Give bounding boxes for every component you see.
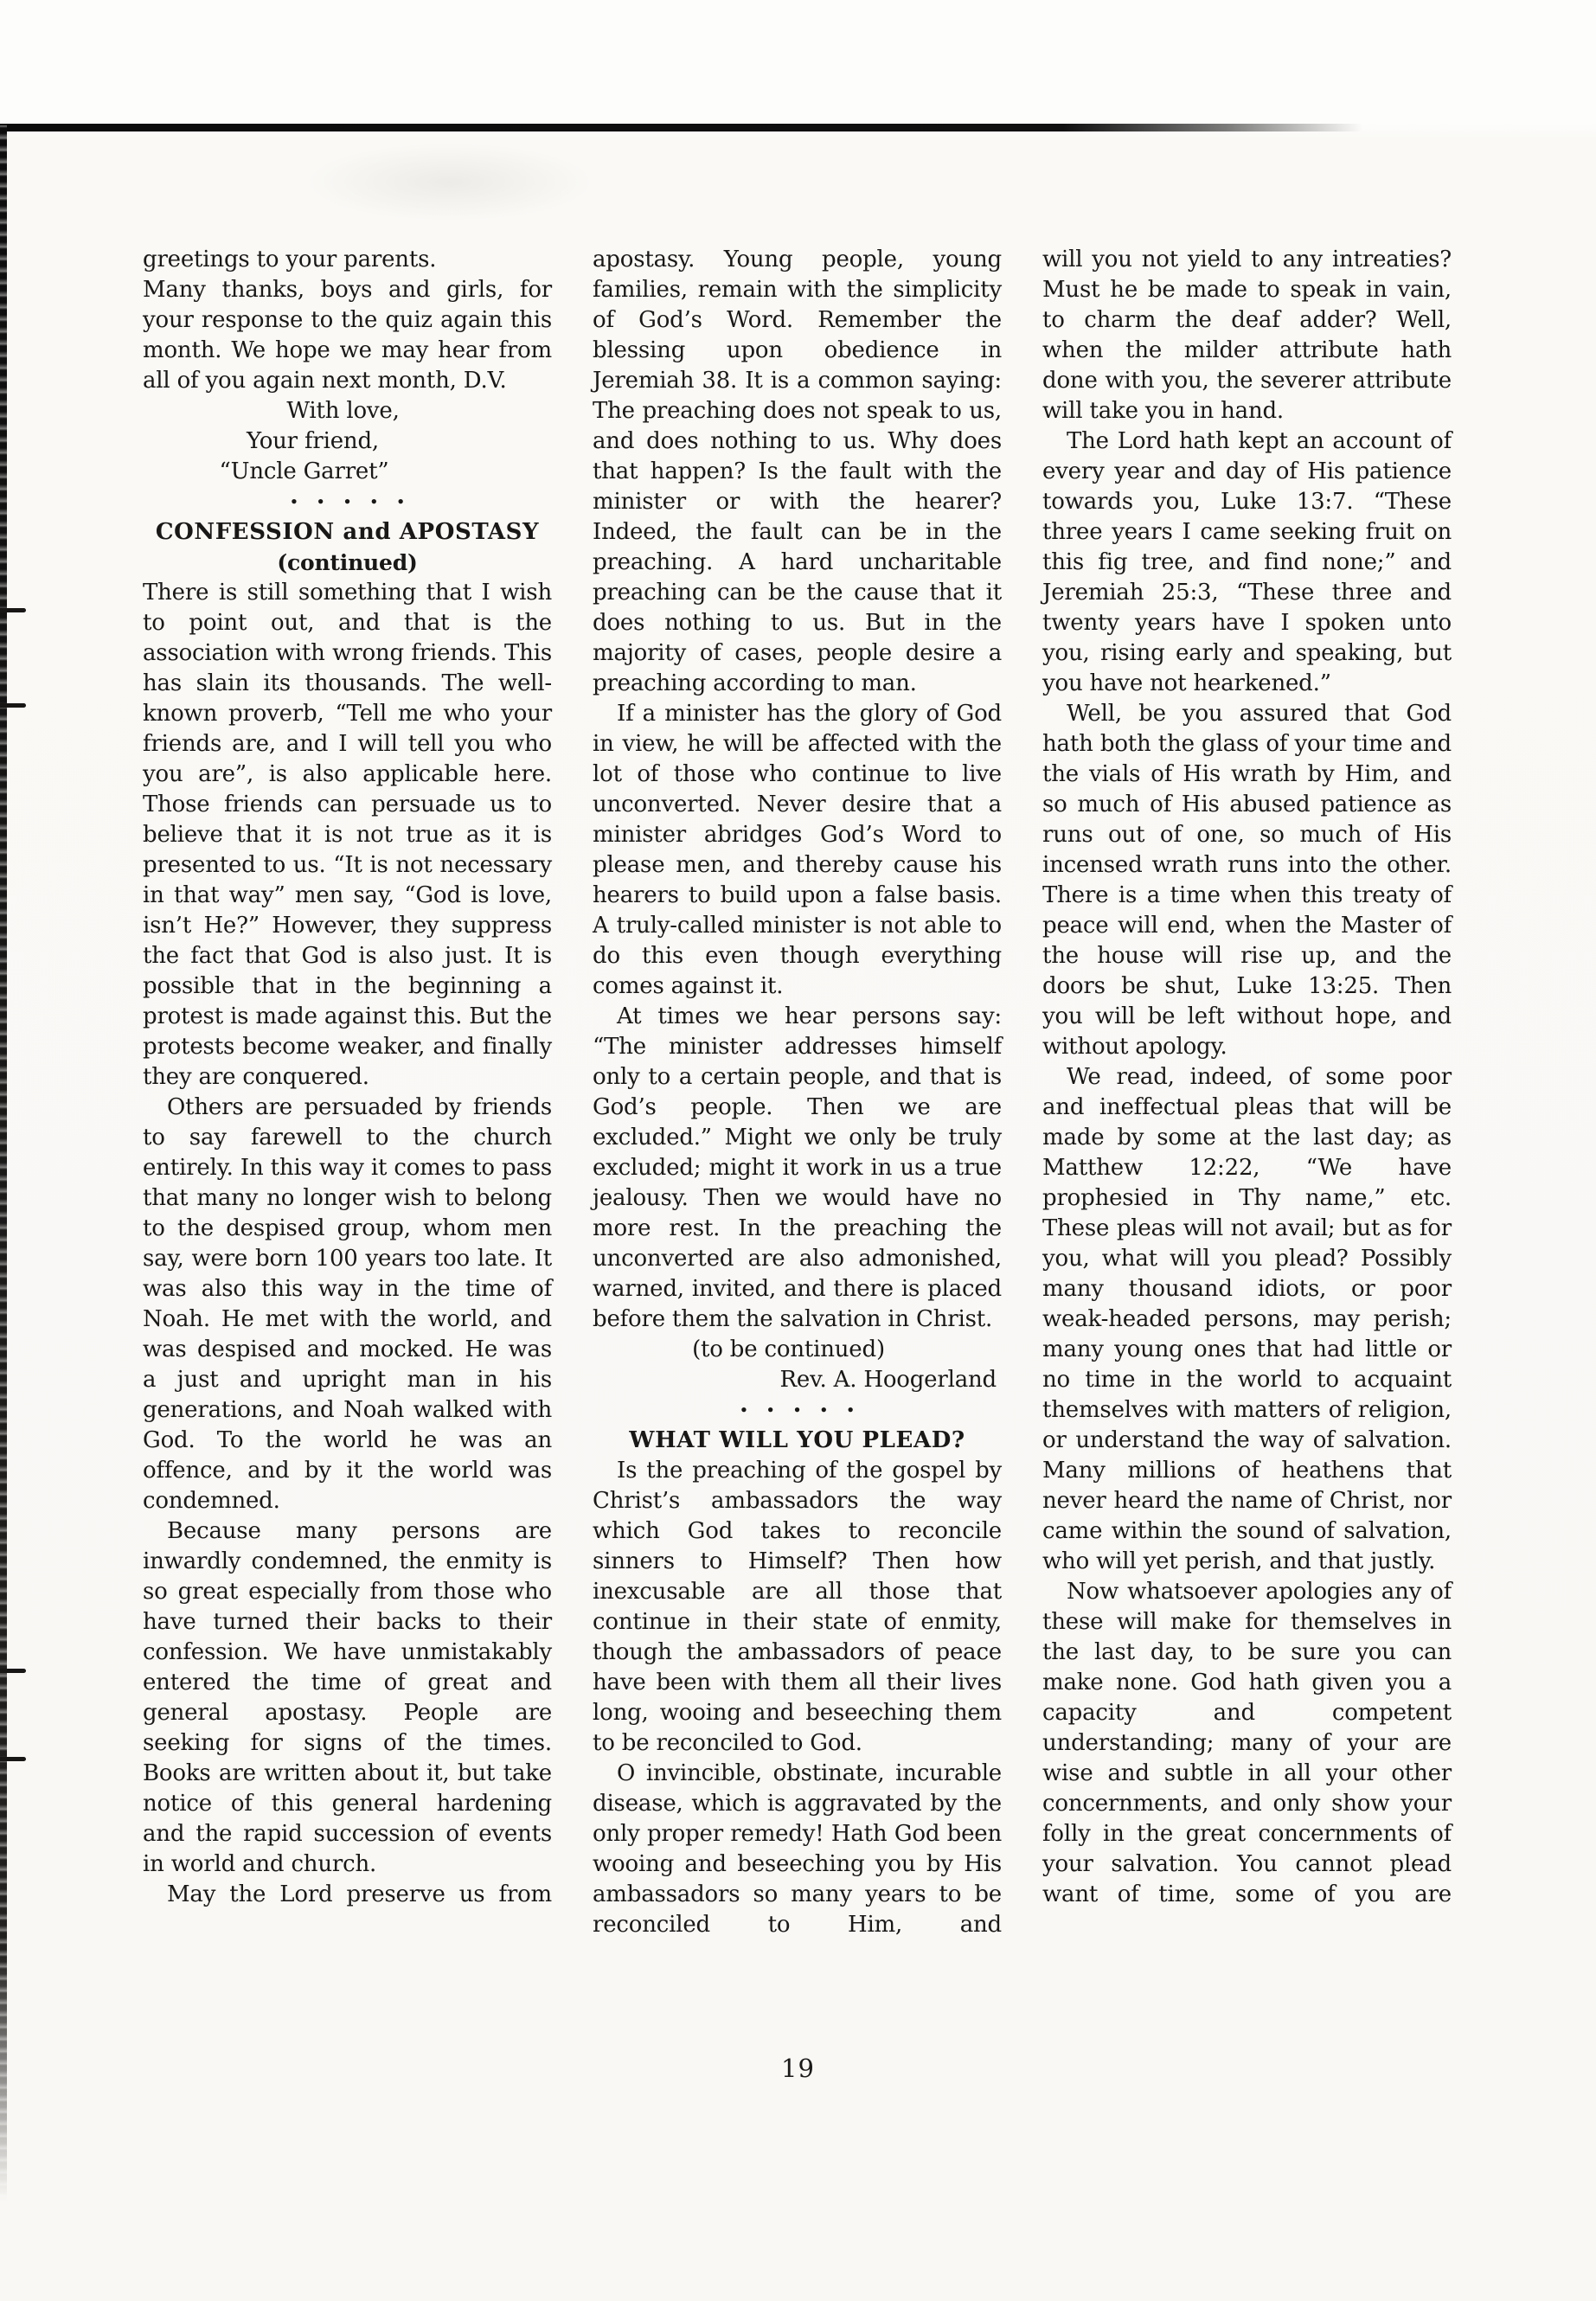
col3-paragraph-2: Well, be you assured that God hath both …	[1042, 699, 1452, 1062]
signoff-line-2: Your friend,	[108, 426, 517, 457]
col2-paragraph-4: O invincible, obstinate, incurable disea…	[593, 1759, 1002, 1940]
col2-paragraph-3: Is the preaching of the gospel by Christ…	[593, 1456, 1002, 1759]
signoff-line-3: “Uncle Garret”	[99, 457, 509, 487]
to-be-continued-note: (to be continued)	[584, 1335, 993, 1365]
article-heading-what-will-you-plead: WHAT WILL YOU PLEAD?	[593, 1426, 1002, 1456]
scan-edge-tick	[0, 1757, 26, 1761]
scan-smudge-artifact	[251, 128, 649, 236]
signoff-line-1: With love,	[138, 396, 548, 426]
scan-edge-tick	[0, 608, 26, 612]
col1-continuation-text: greetings to your parents.	[143, 245, 552, 275]
column-2: apostasy. Young people, young families, …	[593, 245, 1002, 1940]
column-1: greetings to your parents. Many thanks, …	[143, 245, 552, 1940]
section-separator-dots: • • • • •	[593, 1395, 1002, 1426]
col3-paragraph-1: The Lord hath kept an account of every y…	[1042, 426, 1452, 699]
col1-thanks-paragraph: Many thanks, boys and girls, for your re…	[143, 275, 552, 396]
scanned-magazine-page: greetings to your parents. Many thanks, …	[0, 0, 1596, 2301]
col1-paragraph-4: May the Lord preserve us from	[143, 1880, 552, 1910]
page-number: 19	[0, 2054, 1596, 2083]
col2-continuation-text: apostasy. Young people, young families, …	[593, 245, 1002, 699]
author-byline: Rev. A. Hoogerland	[593, 1365, 1002, 1395]
scan-left-edge-artifact	[0, 125, 7, 2202]
scan-edge-tick	[0, 703, 26, 708]
article-heading-confession-and-apostasy: CONFESSION and APOSTASY	[143, 517, 552, 548]
col2-paragraph-2: At times we hear persons say: “The minis…	[593, 1002, 1002, 1335]
col3-paragraph-4: Now whatsoever apologies any of these wi…	[1042, 1577, 1452, 1910]
section-separator-dots: • • • • •	[143, 487, 552, 517]
scan-edge-tick	[0, 1669, 26, 1673]
col1-paragraph-2: Others are persuaded by friends to say f…	[143, 1093, 552, 1516]
scan-top-bar-artifact	[0, 124, 1362, 131]
col3-continuation-text: will you not yield to any intreaties? Mu…	[1042, 245, 1452, 426]
three-column-text: greetings to your parents. Many thanks, …	[143, 245, 1452, 1940]
col1-paragraph-3: Because many persons are inwardly condem…	[143, 1516, 552, 1880]
col2-paragraph-1: If a minister has the glory of God in vi…	[593, 699, 1002, 1002]
col3-paragraph-3: We read, indeed, of some poor and ineffe…	[1042, 1062, 1452, 1577]
article-subheading-continued: (continued)	[143, 548, 552, 578]
column-3: will you not yield to any intreaties? Mu…	[1042, 245, 1452, 1940]
col1-paragraph-1: There is still something that I wish to …	[143, 578, 552, 1093]
